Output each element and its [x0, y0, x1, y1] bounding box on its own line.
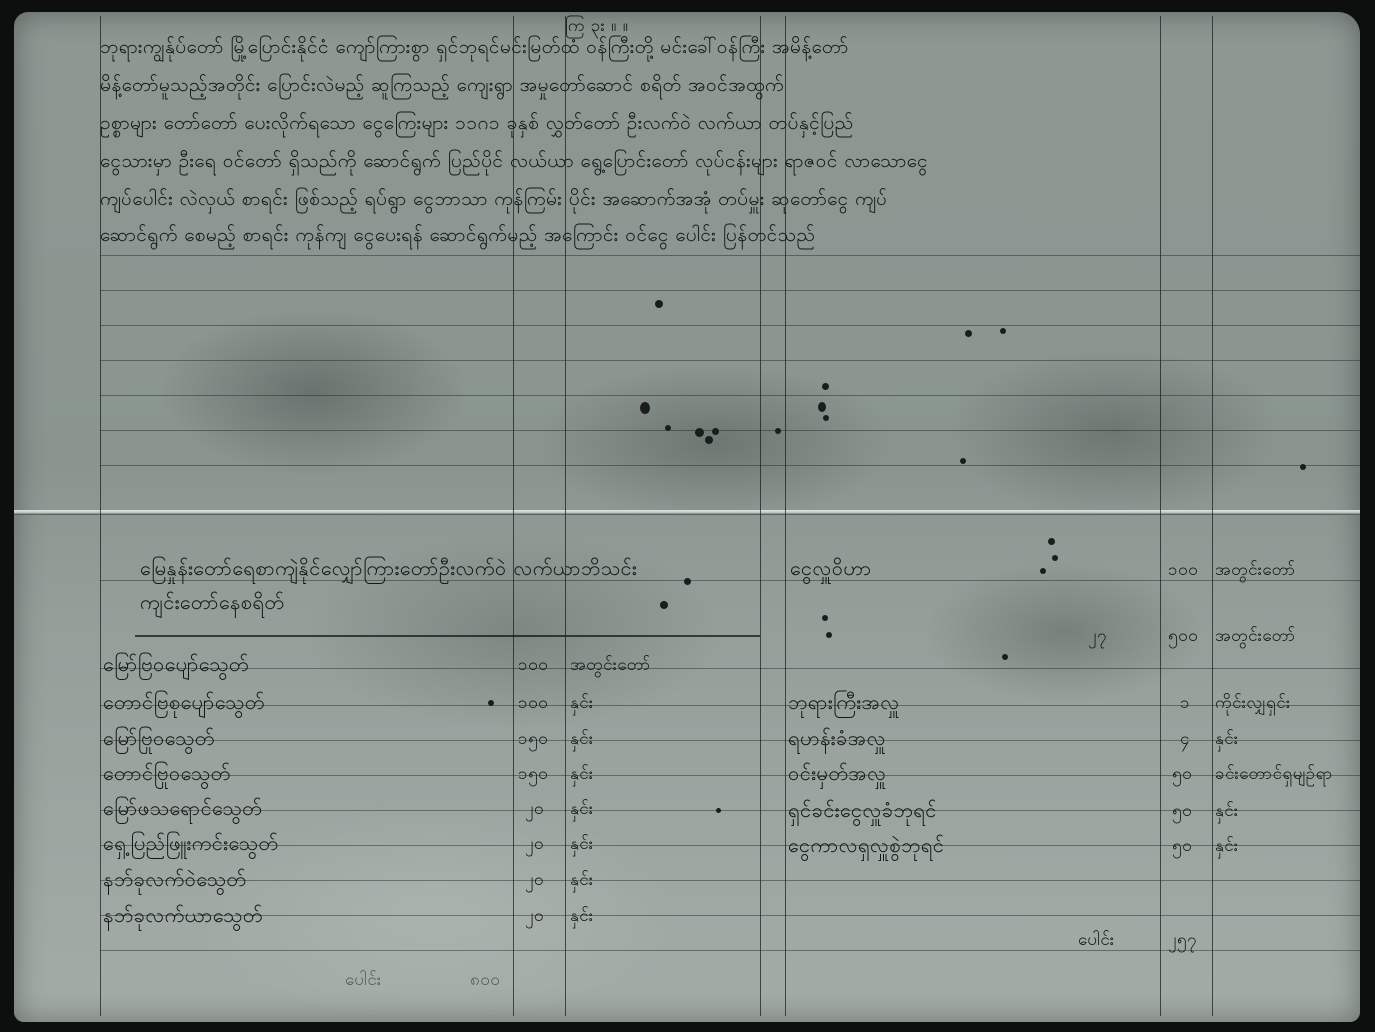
ruled-line: [100, 705, 1360, 706]
row-item: ရှေ့ပြည်ဖြူးကင်းသွေတ်: [103, 833, 278, 853]
row-item: ဝင်းမှတ်အလှူ: [788, 763, 886, 783]
ink-spot: [775, 428, 781, 434]
ruled-line: [100, 395, 1360, 396]
row-item: ငွေကာလရှလှူစွဲဘုရင်: [788, 835, 944, 855]
left-heading-line2: ကျင်းတော်နေစရိတ်: [140, 592, 284, 612]
ruled-line: [100, 325, 1360, 326]
row-unit: နှင်း: [1215, 731, 1239, 748]
row-unit: နှင်း: [570, 801, 594, 818]
row-item: မြော်ဗြုဝသွေတ်: [103, 728, 215, 748]
header-scribble: ကြ ၃း ။ ။: [565, 18, 628, 35]
ruled-line: [100, 810, 1360, 811]
bottom-right-total-amount: ၂၅၇: [1168, 932, 1197, 949]
row-amount: ၁: [1180, 695, 1190, 712]
ruled-line: [100, 950, 1360, 951]
row-unit: အတွင်းတော်: [570, 657, 651, 674]
ruled-line: [100, 430, 1360, 431]
row-amount: ၅၀: [1172, 766, 1192, 783]
row-item: မြော်ဖသရောင်သွေတ်: [103, 798, 262, 818]
ink-spot: [822, 615, 828, 621]
ink-spot: [960, 458, 966, 464]
ink-spot: [822, 383, 829, 390]
ink-spot: [1040, 568, 1046, 574]
row-unit: နှင်း: [570, 695, 594, 712]
row-amount: ၂၀: [525, 908, 544, 925]
ruled-line: [100, 880, 1360, 881]
right-heading-amount: ၁၀၀: [1168, 562, 1198, 579]
paragraph-line: မိန့်တော်မူသည့်အတိုင်း ပြောင်းလဲမည့် ဆူက…: [100, 76, 784, 95]
paragraph-line: ကျပ်ပေါင်း လဲလှယ် စာရင်း ဖြစ်သည့် ရပ်ရွာ…: [100, 190, 887, 209]
ink-spot: [716, 808, 721, 813]
ink-spot: [1048, 538, 1055, 545]
column-rule: [1212, 16, 1213, 1016]
ink-spot: [823, 415, 829, 421]
right-subtotal-label: ၂၇: [1088, 628, 1107, 645]
ink-spot: [1052, 555, 1058, 561]
row-item: ရှင်ခင်းငွေလှူခံဘုရင်: [788, 800, 937, 820]
ruled-line: [100, 290, 1360, 291]
right-subtotal-unit: အတွင်းတော်: [1215, 628, 1296, 645]
row-item: နဘ်ခုလက်ယာသွေတ်: [103, 905, 263, 925]
ink-spot: [640, 402, 650, 414]
ink-spot: [695, 428, 704, 437]
bottom-left-total-amount: ၈၀၀: [470, 972, 500, 989]
row-amount: ၂၀: [525, 872, 544, 889]
row-item: တောင်ဗြစုပျော်သွေတ်: [103, 692, 265, 712]
row-amount: ၁၅၀: [518, 766, 548, 783]
row-unit: ကိုင်းလျှရှင်း: [1215, 695, 1291, 712]
ink-spot: [818, 402, 826, 412]
ruled-line: [100, 255, 1360, 256]
row-amount: ၅၀: [1172, 803, 1192, 820]
row-item: ရဟန်းခံအလှူ: [788, 728, 886, 748]
ruled-line: [100, 775, 1360, 776]
ink-spot: [1300, 464, 1306, 470]
column-rule: [1160, 16, 1161, 1016]
row-unit: နှင်း: [1215, 803, 1239, 820]
row-amount: ၂၀: [525, 801, 544, 818]
row-item: မြော်ဗြဝပျော်သွေတ်: [103, 654, 249, 674]
left-heading-line1: မြေနှုန်းတော်ရေစာကျဲနိုင်လျှော်ကြားတော်ဦ…: [140, 558, 637, 578]
row-unit: နှင်း: [570, 872, 594, 889]
ruled-line: [100, 580, 1360, 581]
paragraph-line: ဘုရားကျွန်ုပ်တော် မြို့ပြောင်းနိုင်ငံ ကျ…: [100, 38, 849, 57]
ruled-line: [100, 668, 1360, 669]
row-amount: ၅၀: [1172, 838, 1192, 855]
bottom-left-total-label: ပေါင်း: [345, 972, 382, 989]
ink-spot: [488, 700, 494, 706]
paragraph-line: ဆောင်ရွက် စေမည့် စာရင်း ကုန်ကျ ငွေပေးရန်…: [100, 226, 815, 245]
row-unit: နှင်း: [570, 908, 594, 925]
right-heading: ငွေလှူဝိဟာ: [790, 558, 872, 578]
right-heading-unit: အတွင်းတော်: [1215, 562, 1296, 579]
row-unit: နှင်း: [1215, 838, 1239, 855]
ink-spot: [965, 330, 972, 337]
paragraph-line: ဥစ္စာများ တော်တော် ပေးလိုက်ရသော ငွေကြေးမ…: [100, 114, 854, 133]
ink-spot: [684, 578, 691, 585]
ink-spot: [1000, 328, 1006, 334]
page-fold-crease: [14, 510, 1360, 515]
ink-spot: [655, 300, 663, 308]
ink-spot: [705, 436, 713, 444]
right-subtotal-amount: ၅၀၀: [1168, 628, 1198, 645]
bottom-right-total-label: ပေါင်း: [1078, 932, 1115, 949]
ruled-line: [100, 360, 1360, 361]
ink-spot: [826, 632, 832, 638]
row-amount: ၁၀၀: [518, 657, 548, 674]
row-amount: ၄: [1180, 731, 1190, 748]
row-unit: နှင်း: [570, 766, 594, 783]
row-amount: ၁၀၀: [518, 695, 548, 712]
ruled-line: [100, 465, 1360, 466]
heading-underline: [135, 635, 760, 637]
ink-spot: [712, 428, 719, 435]
ruled-line: [100, 740, 1360, 741]
row-item: တောင်ဗြုဝသွေတ်: [103, 763, 231, 783]
ink-spot: [665, 425, 671, 431]
ink-spot: [1002, 654, 1008, 660]
ruled-line: [100, 915, 1360, 916]
row-item: နဘ်ခုလက်ဝဲသွေတ်: [103, 869, 246, 889]
row-unit: နှင်း: [570, 731, 594, 748]
ink-spot: [660, 601, 668, 609]
row-unit: ခင်းတောင်ရှမျဉ်ရာ: [1215, 766, 1333, 783]
ruled-line: [100, 845, 1360, 846]
row-item: ဘုရားကြီးအလှူ: [788, 692, 900, 712]
row-amount: ၁၅၀: [518, 731, 548, 748]
row-amount: ၂၀: [525, 836, 544, 853]
paragraph-line: ငွေသားမှာ ဦးရေ ဝင်တော် ရှိသည်ကို ဆောင်ရွ…: [100, 152, 928, 171]
row-unit: နှင်း: [570, 836, 594, 853]
